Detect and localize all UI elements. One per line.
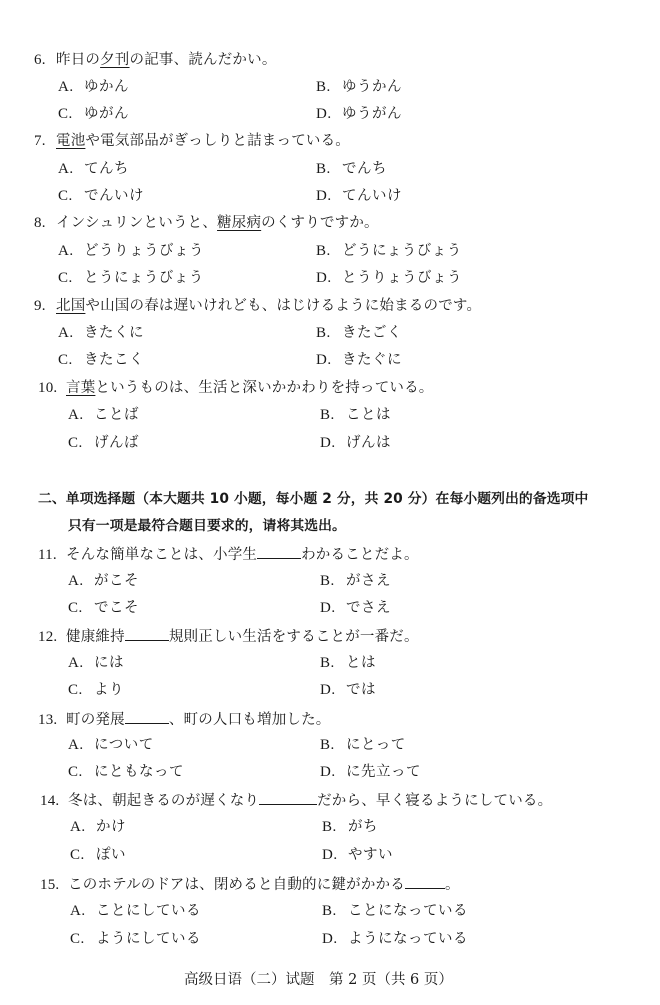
option-10a[interactable]: A.ことば xyxy=(68,405,139,425)
question-number: 13. xyxy=(38,710,66,730)
option-12a[interactable]: A.には xyxy=(68,653,124,673)
option-14a[interactable]: A.かけ xyxy=(70,817,126,837)
question-number: 8. xyxy=(34,213,56,233)
answer-blank xyxy=(259,789,317,805)
option-12d[interactable]: D.では xyxy=(320,680,376,700)
option-12c[interactable]: C.より xyxy=(68,680,124,700)
question-text-post: というものは、生活と深いかかわりを持っている。 xyxy=(95,380,433,396)
option-7b[interactable]: B.でんち xyxy=(316,159,387,179)
option-13d[interactable]: D.に先立って xyxy=(320,762,421,782)
exam-page: 6.昨日の夕刊の記事、読んだかい。 A.ゆかん B.ゆうかん C.ゆがん D.ゆ… xyxy=(0,0,660,1005)
option-15a[interactable]: A.ことにしている xyxy=(70,901,201,921)
option-6a[interactable]: A.ゆかん xyxy=(58,77,129,97)
underlined-word: 夕刊 xyxy=(100,52,129,68)
question-number: 12. xyxy=(38,627,66,647)
answer-blank xyxy=(405,873,445,889)
option-7c[interactable]: C.でんいけ xyxy=(58,186,144,206)
question-text-post: の記事、読んだかい。 xyxy=(130,52,277,68)
question-12: 12.健康維持規則正しい生活をすることが一番だ。 xyxy=(38,625,419,647)
question-number: 15. xyxy=(40,875,68,895)
question-number: 7. xyxy=(34,131,56,151)
question-10: 10.言葉というものは、生活と深いかかわりを持っている。 xyxy=(38,378,434,398)
question-text-post: や山国の春は遅いけれども、はじけるように始まるのです。 xyxy=(85,298,481,314)
option-10c[interactable]: C.げんば xyxy=(68,433,139,453)
question-14: 14.冬は、朝起きるのが遅くなりだから、早く寝るようにしている。 xyxy=(40,789,552,811)
option-9b[interactable]: B.きたごく xyxy=(316,323,402,343)
question-9: 9.北国や山国の春は遅いけれども、はじけるように始まるのです。 xyxy=(34,296,481,316)
underlined-word: 言葉 xyxy=(66,380,95,396)
underlined-word: 電池 xyxy=(56,133,85,149)
option-15d[interactable]: D.ようになっている xyxy=(322,929,468,949)
answer-blank xyxy=(125,625,169,641)
option-13c[interactable]: C.にともなって xyxy=(68,762,184,782)
option-8b[interactable]: B.どうにょうびょう xyxy=(316,241,462,261)
option-15c[interactable]: C.ようにしている xyxy=(70,929,201,949)
question-text-pre: インシュリンというと、 xyxy=(56,215,217,231)
question-8: 8.インシュリンというと、糖尿病のくすりですか。 xyxy=(34,213,379,233)
question-number: 6. xyxy=(34,50,56,70)
option-10d[interactable]: D.げんは xyxy=(320,433,391,453)
option-6b[interactable]: B.ゆうかん xyxy=(316,77,402,97)
option-8d[interactable]: D.とうりょうびょう xyxy=(316,268,462,288)
option-10b[interactable]: B.ことは xyxy=(320,405,391,425)
question-text-pre: 昨日の xyxy=(56,52,100,68)
option-14c[interactable]: C.ぽい xyxy=(70,845,126,865)
option-6d[interactable]: D.ゆうがん xyxy=(316,104,402,124)
option-7a[interactable]: A.てんち xyxy=(58,159,129,179)
option-8c[interactable]: C.とうにょうびょう xyxy=(58,268,204,288)
question-6: 6.昨日の夕刊の記事、読んだかい。 xyxy=(34,50,277,70)
answer-blank xyxy=(125,708,169,724)
question-13: 13.町の発展、町の人口も増加した。 xyxy=(38,708,331,730)
option-9d[interactable]: D.きたぐに xyxy=(316,350,402,370)
option-14b[interactable]: B.がち xyxy=(322,817,378,837)
underlined-word: 北国 xyxy=(56,298,85,314)
question-number: 10. xyxy=(38,378,66,398)
question-7: 7.電池や電気部品がぎっしりと詰まっている。 xyxy=(34,131,350,151)
underlined-word: 糖尿病 xyxy=(217,215,261,231)
option-12b[interactable]: B.とは xyxy=(320,653,376,673)
option-13a[interactable]: A.について xyxy=(68,735,154,755)
option-6c[interactable]: C.ゆがん xyxy=(58,104,129,124)
option-13b[interactable]: B.にとって xyxy=(320,735,406,755)
option-11a[interactable]: A.がこそ xyxy=(68,571,139,591)
option-15b[interactable]: B.ことになっている xyxy=(322,901,468,921)
section-2-heading-line2: 只有一项是最符合题目要求的，请将其选出。 xyxy=(68,516,346,536)
page-footer: 高级日语（二）试题 第 2 页（共 6 页） xyxy=(184,970,453,990)
option-9a[interactable]: A.きたくに xyxy=(58,323,144,343)
option-9c[interactable]: C.きたこく xyxy=(58,350,144,370)
option-11b[interactable]: B.がさえ xyxy=(320,571,391,591)
option-14d[interactable]: D.やすい xyxy=(322,845,393,865)
answer-blank xyxy=(257,543,301,559)
question-number: 14. xyxy=(40,791,68,811)
question-15: 15.このホテルのドアは、閉めると自動的に鍵がかかる。 xyxy=(40,873,460,895)
option-11d[interactable]: D.でさえ xyxy=(320,598,391,618)
question-number: 9. xyxy=(34,296,56,316)
option-8a[interactable]: A.どうりょうびょう xyxy=(58,241,204,261)
option-11c[interactable]: C.でこそ xyxy=(68,598,139,618)
section-2-heading-line1: 二、单项选择题（本大题共 10 小题，每小题 2 分，共 20 分）在每小题列出… xyxy=(38,489,588,509)
question-text-post: のくすりですか。 xyxy=(261,215,379,231)
question-text-post: や電気部品がぎっしりと詰まっている。 xyxy=(85,133,350,149)
question-11: 11.そんな簡単なことは、小学生わかることだよ。 xyxy=(38,543,419,565)
option-7d[interactable]: D.てんいけ xyxy=(316,186,402,206)
question-number: 11. xyxy=(38,545,66,565)
